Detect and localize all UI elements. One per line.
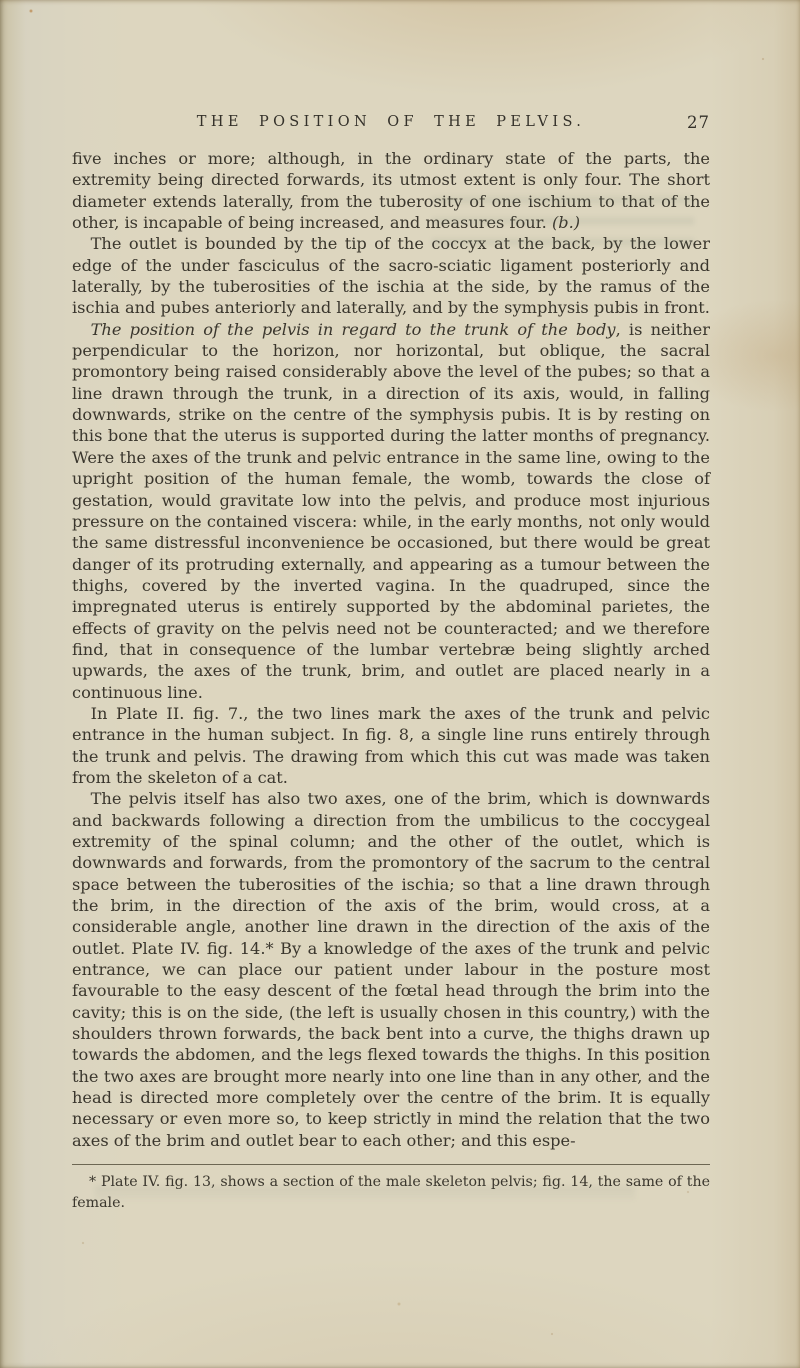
reference-note-b: (b.) — [552, 213, 580, 232]
paragraph-outlet: The outlet is bounded by the tip of the … — [72, 233, 710, 318]
page-header: THE POSITION OF THE PELVIS. 27 — [72, 114, 710, 136]
paragraph-text: In Plate II. fig. 7., the two lines mark… — [72, 704, 710, 787]
footnote: * Plate IV. fig. 13, shows a section of … — [72, 1172, 710, 1213]
paragraph-two-axes: The pelvis itself has also two axes, one… — [72, 788, 710, 1151]
paragraph-text: , is neither perpendicular to the horizo… — [72, 320, 710, 702]
page-number: 27 — [687, 113, 710, 132]
scanned-book-page: THE POSITION OF THE PELVIS. 27 five inch… — [0, 0, 800, 1368]
footnote-marker: * — [89, 1174, 96, 1190]
paragraph-text: The pelvis itself has also two axes, one… — [72, 789, 710, 1150]
paragraph-plate-figures: In Plate II. fig. 7., the two lines mark… — [72, 703, 710, 788]
italic-lead-phrase: The position of the pelvis in regard to … — [91, 320, 616, 339]
page-body: five inches or more; although, in the or… — [72, 148, 710, 1213]
paragraph-position-of-pelvis: The position of the pelvis in regard to … — [72, 319, 710, 703]
paragraph-text: five inches or more; although, in the or… — [72, 149, 710, 232]
paragraph-text: The outlet is bounded by the tip of the … — [72, 234, 710, 317]
running-title: THE POSITION OF THE PELVIS. — [72, 114, 710, 130]
paragraph-diameters: five inches or more; although, in the or… — [72, 148, 710, 233]
footnote-text: Plate IV. fig. 13, shows a section of th… — [72, 1174, 710, 1211]
footnote-rule — [72, 1164, 710, 1165]
